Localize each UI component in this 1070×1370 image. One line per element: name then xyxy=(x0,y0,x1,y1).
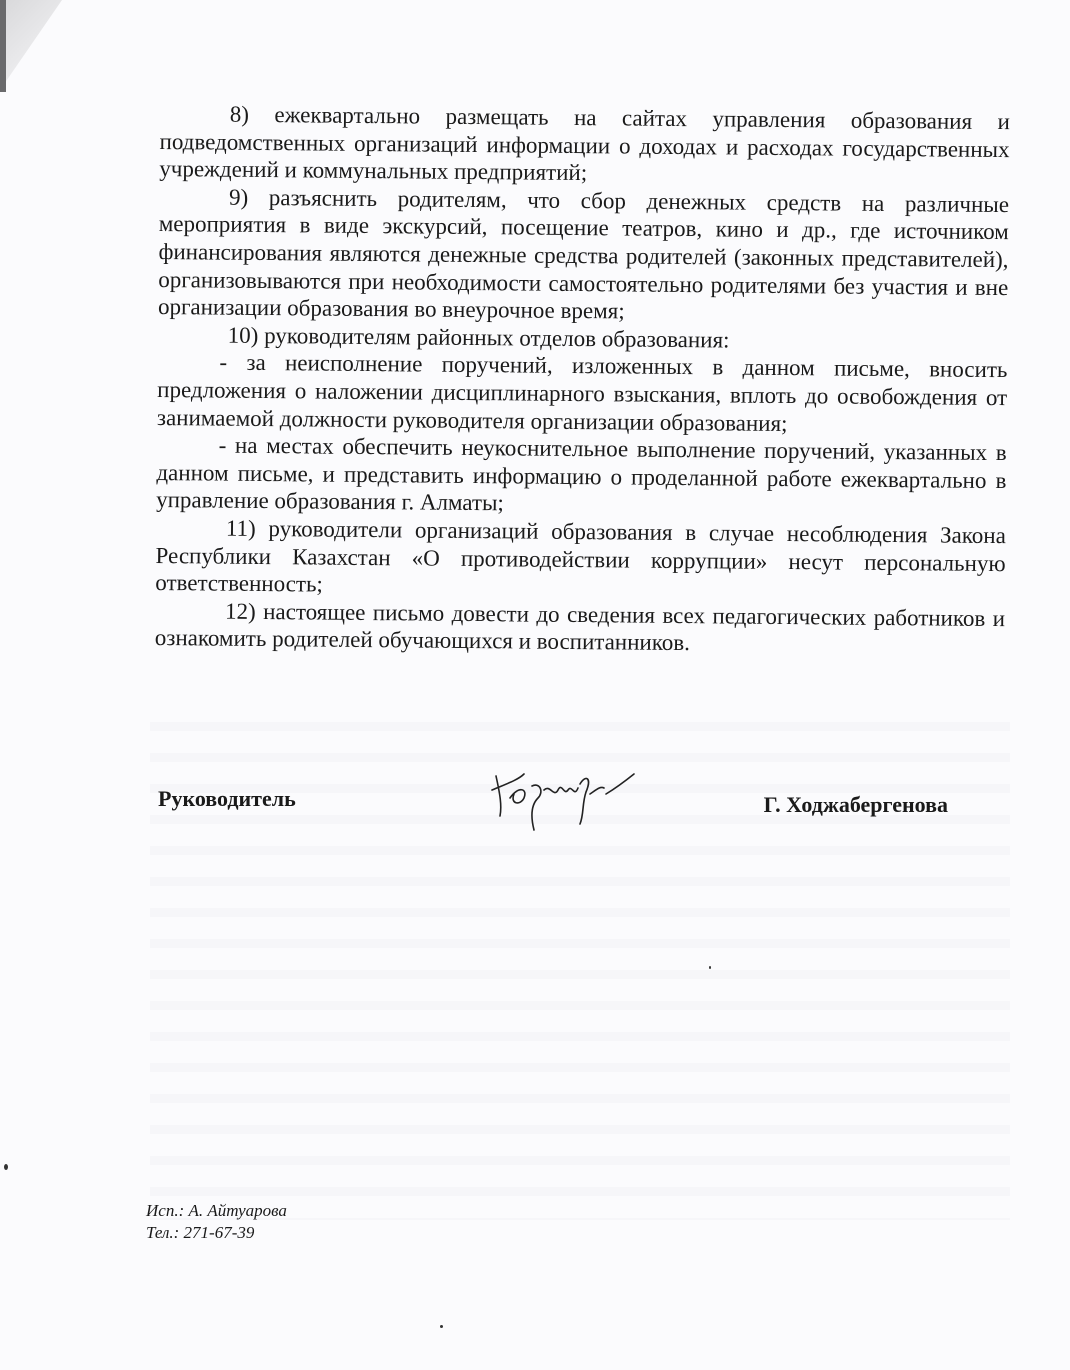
letter-body: 8) ежеквартально размещать на сайтах упр… xyxy=(155,100,1010,660)
item-12: 12) настоящее письмо довести до сведения… xyxy=(155,597,1005,660)
page-corner-edge xyxy=(0,0,6,92)
executor-phone: Тел.: 271-67-39 xyxy=(146,1222,287,1244)
signatory-name: Г. Ходжабергенова xyxy=(764,792,948,818)
item-10-sub-a: - за неисполнение поручений, изложенных … xyxy=(157,348,1008,439)
scan-speck xyxy=(709,966,711,969)
handwritten-signature-icon xyxy=(488,764,638,834)
item-11: 11) руководители организаций образования… xyxy=(155,514,1006,605)
signatory-role: Руководитель xyxy=(158,786,296,812)
page-corner-fold xyxy=(0,0,62,90)
item-8: 8) ежеквартально размещать на сайтах упр… xyxy=(159,100,1010,191)
item-9: 9) разъяснить родителям, что сбор денежн… xyxy=(158,183,1009,329)
executor-info: Исп.: А. Айтуарова Тел.: 271-67-39 xyxy=(146,1200,287,1244)
scan-speck xyxy=(4,1164,8,1170)
signature-block: Руководитель Г. Ходжабергенова xyxy=(158,786,958,846)
item-10-sub-b: - на местах обеспечить неукоснительное в… xyxy=(156,431,1007,522)
scan-speck xyxy=(440,1325,443,1328)
executor-name: Исп.: А. Айтуарова xyxy=(146,1200,287,1222)
